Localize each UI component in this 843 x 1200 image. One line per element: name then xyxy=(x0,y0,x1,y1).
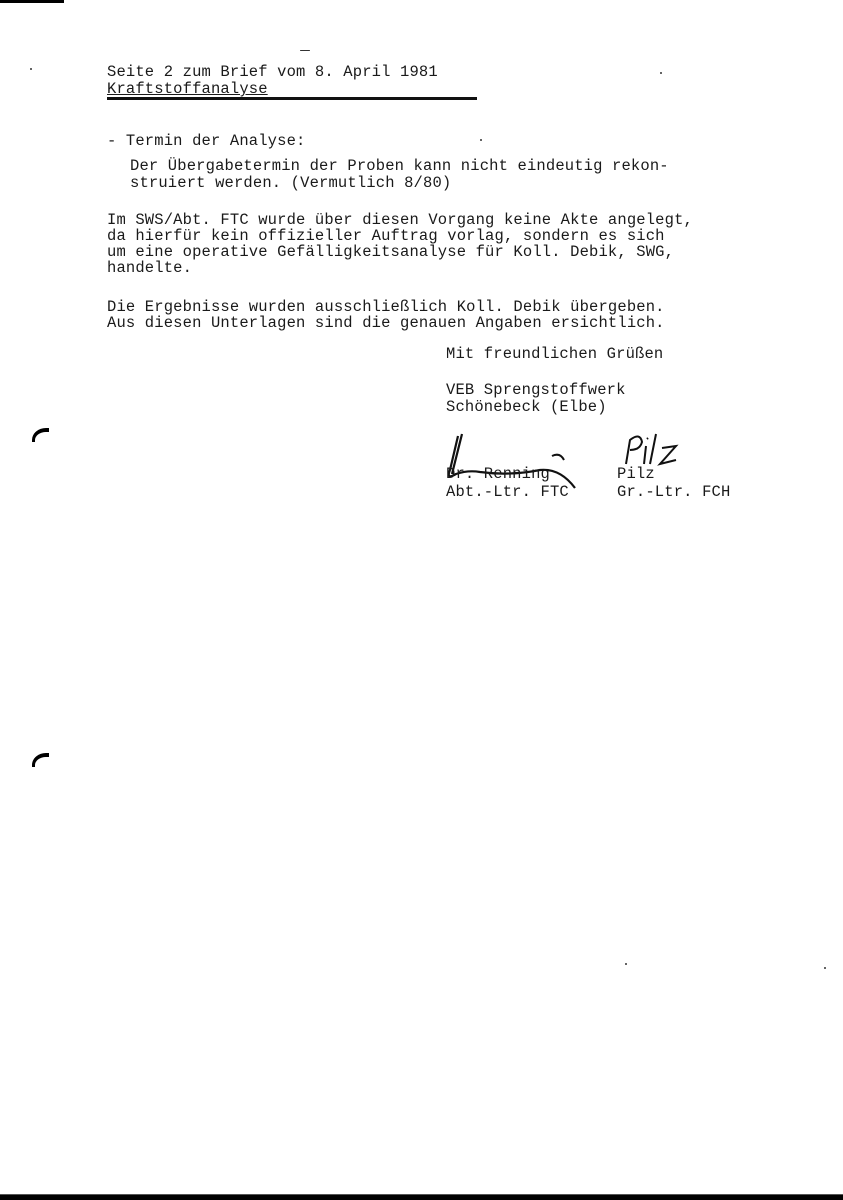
letter-page: Seite 2 zum Brief vom 8. April 1981 Kraf… xyxy=(0,0,843,1200)
header-rule xyxy=(107,97,477,100)
subject-line: Kraftstoffanalyse xyxy=(107,81,268,98)
scan-speck xyxy=(625,963,627,965)
scan-edge-bottom xyxy=(0,1195,843,1200)
punch-hole-mark xyxy=(32,428,49,442)
scan-edge-mark xyxy=(0,0,64,3)
signatory-name: Pilz xyxy=(617,466,655,483)
closing-salutation: Mit freundlichen Grüßen xyxy=(446,346,663,363)
scan-speck xyxy=(660,72,662,74)
section-text-line: Der Übergabetermin der Proben kann nicht… xyxy=(130,158,669,175)
signatory-name: Dr. Renning xyxy=(446,466,550,483)
paragraph-line: Aus diesen Unterlagen sind die genauen A… xyxy=(107,315,665,332)
organization-name: VEB Sprengstoffwerk xyxy=(446,382,626,399)
organization-location: Schönebeck (Elbe) xyxy=(446,399,607,416)
scan-speck xyxy=(30,68,32,70)
paragraph-line: um eine operative Gefälligkeitsanalyse f… xyxy=(107,244,674,261)
signatory-role: Abt.-Ltr. FTC xyxy=(446,484,569,501)
scan-speck xyxy=(300,50,310,51)
punch-hole-mark xyxy=(32,753,49,767)
scan-speck xyxy=(480,139,482,141)
signatory-role: Gr.-Ltr. FCH xyxy=(617,484,730,501)
paragraph-line: handelte. xyxy=(107,260,192,277)
page-reference: Seite 2 zum Brief vom 8. April 1981 xyxy=(107,64,438,81)
section-title: - Termin der Analyse: xyxy=(107,133,305,150)
section-text-line: struiert werden. (Vermutlich 8/80) xyxy=(130,175,451,192)
scan-speck xyxy=(824,967,826,969)
signature-pilz xyxy=(620,430,690,470)
